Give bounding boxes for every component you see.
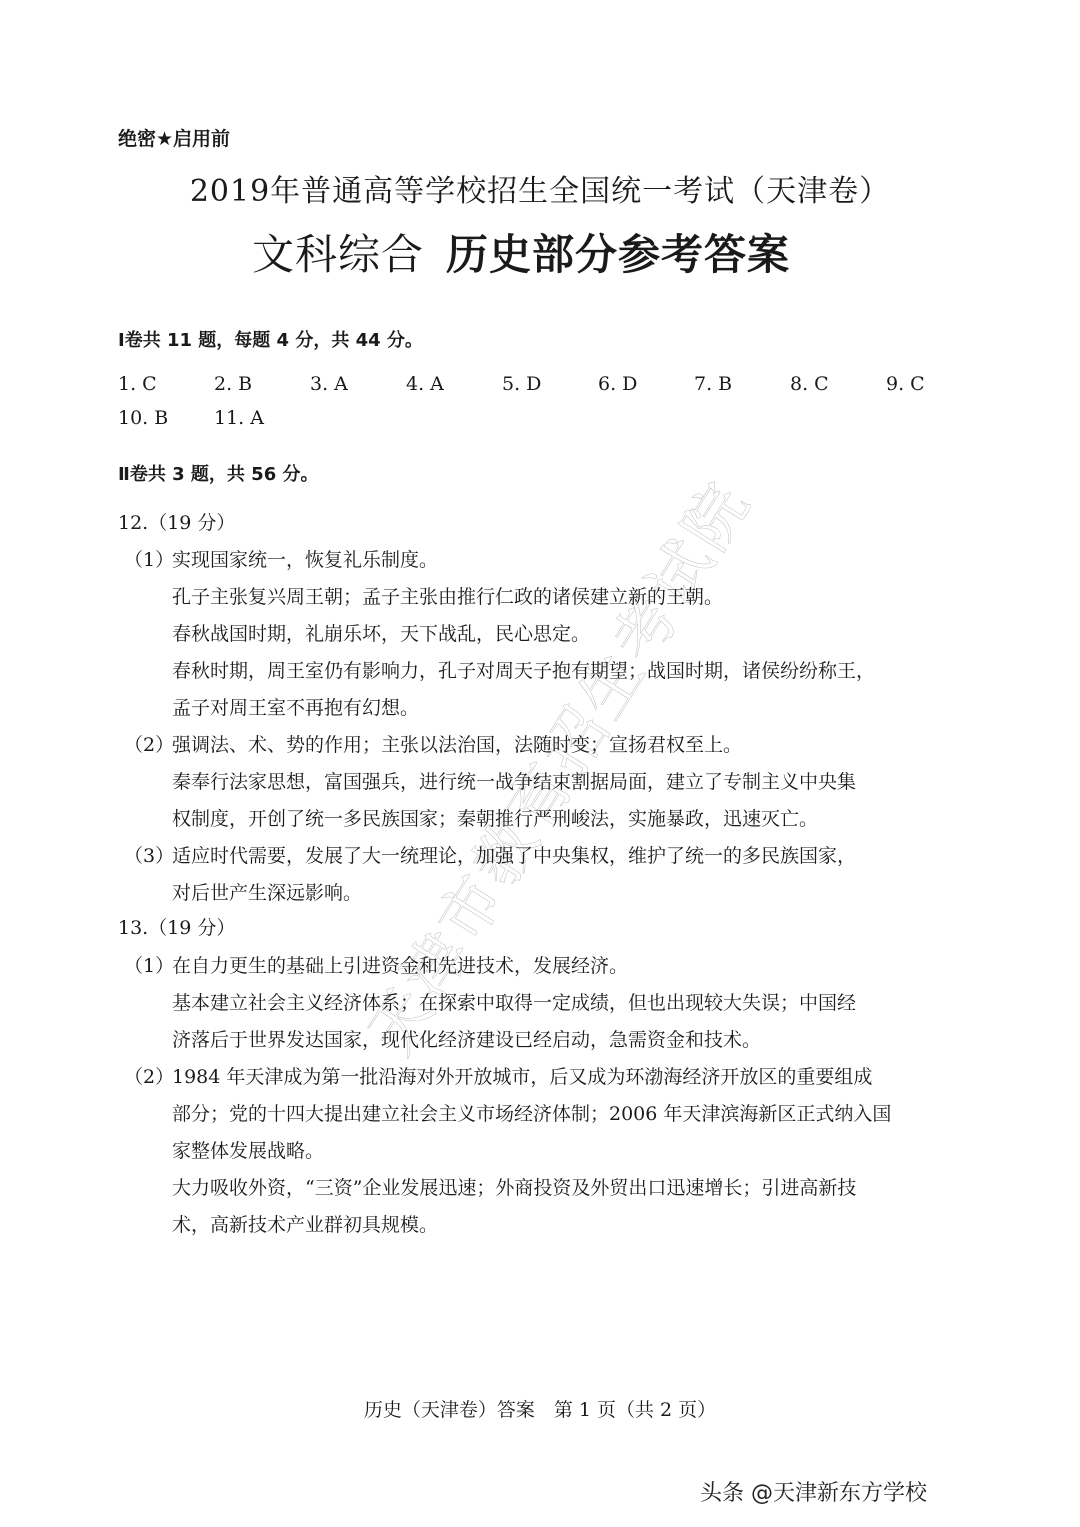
q12-s2-label: （2） [124,727,174,764]
source-brand: 头条 @天津新东方学校 [700,1476,927,1507]
answer-line: 在自力更生的基础上引进资金和先进技术，发展经济。 [172,948,628,985]
q13-label: 13.（19 分） [118,910,235,947]
answers-row-1: 1. C2. B3. A4. A5. D6. D7. B8. C9. C [118,373,982,395]
answer: 10. B [118,407,214,429]
answer-line: 春秋时期，周王室仍有影响力，孔子对周天子抱有期望；战国时期，诸侯纷纷称王， [172,653,875,690]
part2-heading: Ⅱ卷共 3 题，共 56 分。 [118,460,319,486]
answer-line: 适应时代需要，发展了大一统理论，加强了中央集权，维护了统一的多民族国家， [172,838,856,875]
answer: 9. C [886,373,982,395]
answer-line: 基本建立社会主义经济体系；在探索中取得一定成绩，但也出现较大失误；中国经 [172,985,856,1022]
part1-heading: Ⅰ卷共 11 题，每题 4 分，共 44 分。 [118,326,423,352]
answer-line: 强调法、术、势的作用；主张以法治国，法随时变；宣扬君权至上。 [172,727,742,764]
answers-row-2: 10. B11. A [118,407,310,429]
q12-label: 12.（19 分） [118,505,235,542]
answer-line: 实现国家统一，恢复礼乐制度。 [172,542,438,579]
answer-line: 部分；党的十四大提出建立社会主义市场经济体制；2006 年天津滨海新区正式纳入国 [172,1096,891,1133]
answer-line: 孔子主张复兴周王朝；孟子主张由推行仁政的诸侯建立新的王朝。 [172,579,723,616]
answer: 11. A [214,407,310,429]
q12-s1-label: （1） [124,542,174,579]
answer-line: 术，高新技术产业群初具规模。 [172,1207,438,1244]
answer: 1. C [118,373,214,395]
answer: 8. C [790,373,886,395]
answer-line: 秦奉行法家思想，富国强兵，进行统一战争结束割据局面，建立了专制主义中央集 [172,764,856,801]
answer: 2. B [214,373,310,395]
answer-line: 对后世产生深远影响。 [172,875,362,912]
answer: 3. A [310,373,406,395]
answer-line: 春秋战国时期，礼崩乐坏，天下战乱，民心思定。 [172,616,590,653]
secret-label: 绝密★启用前 [118,124,230,151]
exam-title: 2019年普通高等学校招生全国统一考试（天津卷） [0,166,1080,210]
answer-line: 家整体发展战略。 [172,1133,324,1170]
answer-line: 大力吸收外资，“三资”企业发展迅速；外商投资及外贸出口迅速增长；引进高新技 [172,1170,856,1207]
answer-line: 孟子对周王室不再抱有幻想。 [172,690,419,727]
q12-s3-label: （3） [124,838,174,875]
page-footer: 历史（天津卷）答案 第 1 页（共 2 页） [0,1395,1080,1422]
subject-bold: 历史部分参考答案 [446,230,790,279]
subject-title: 文科综合历史部分参考答案 [252,222,790,282]
answer-line: 济落后于世界发达国家，现代化经济建设已经启动，急需资金和技术。 [172,1022,761,1059]
answer: 7. B [694,373,790,395]
answer: 4. A [406,373,502,395]
answer: 6. D [598,373,694,395]
answer-line: 1984 年天津成为第一批沿海对外开放城市，后又成为环渤海经济开放区的重要组成 [172,1059,872,1096]
q13-s2-label: （2） [124,1059,174,1096]
answer: 5. D [502,373,598,395]
q13-s1-label: （1） [124,948,174,985]
subject-light: 文科综合 [252,230,424,279]
answer-line: 权制度，开创了统一多民族国家；秦朝推行严刑峻法，实施暴政，迅速灭亡。 [172,801,818,838]
